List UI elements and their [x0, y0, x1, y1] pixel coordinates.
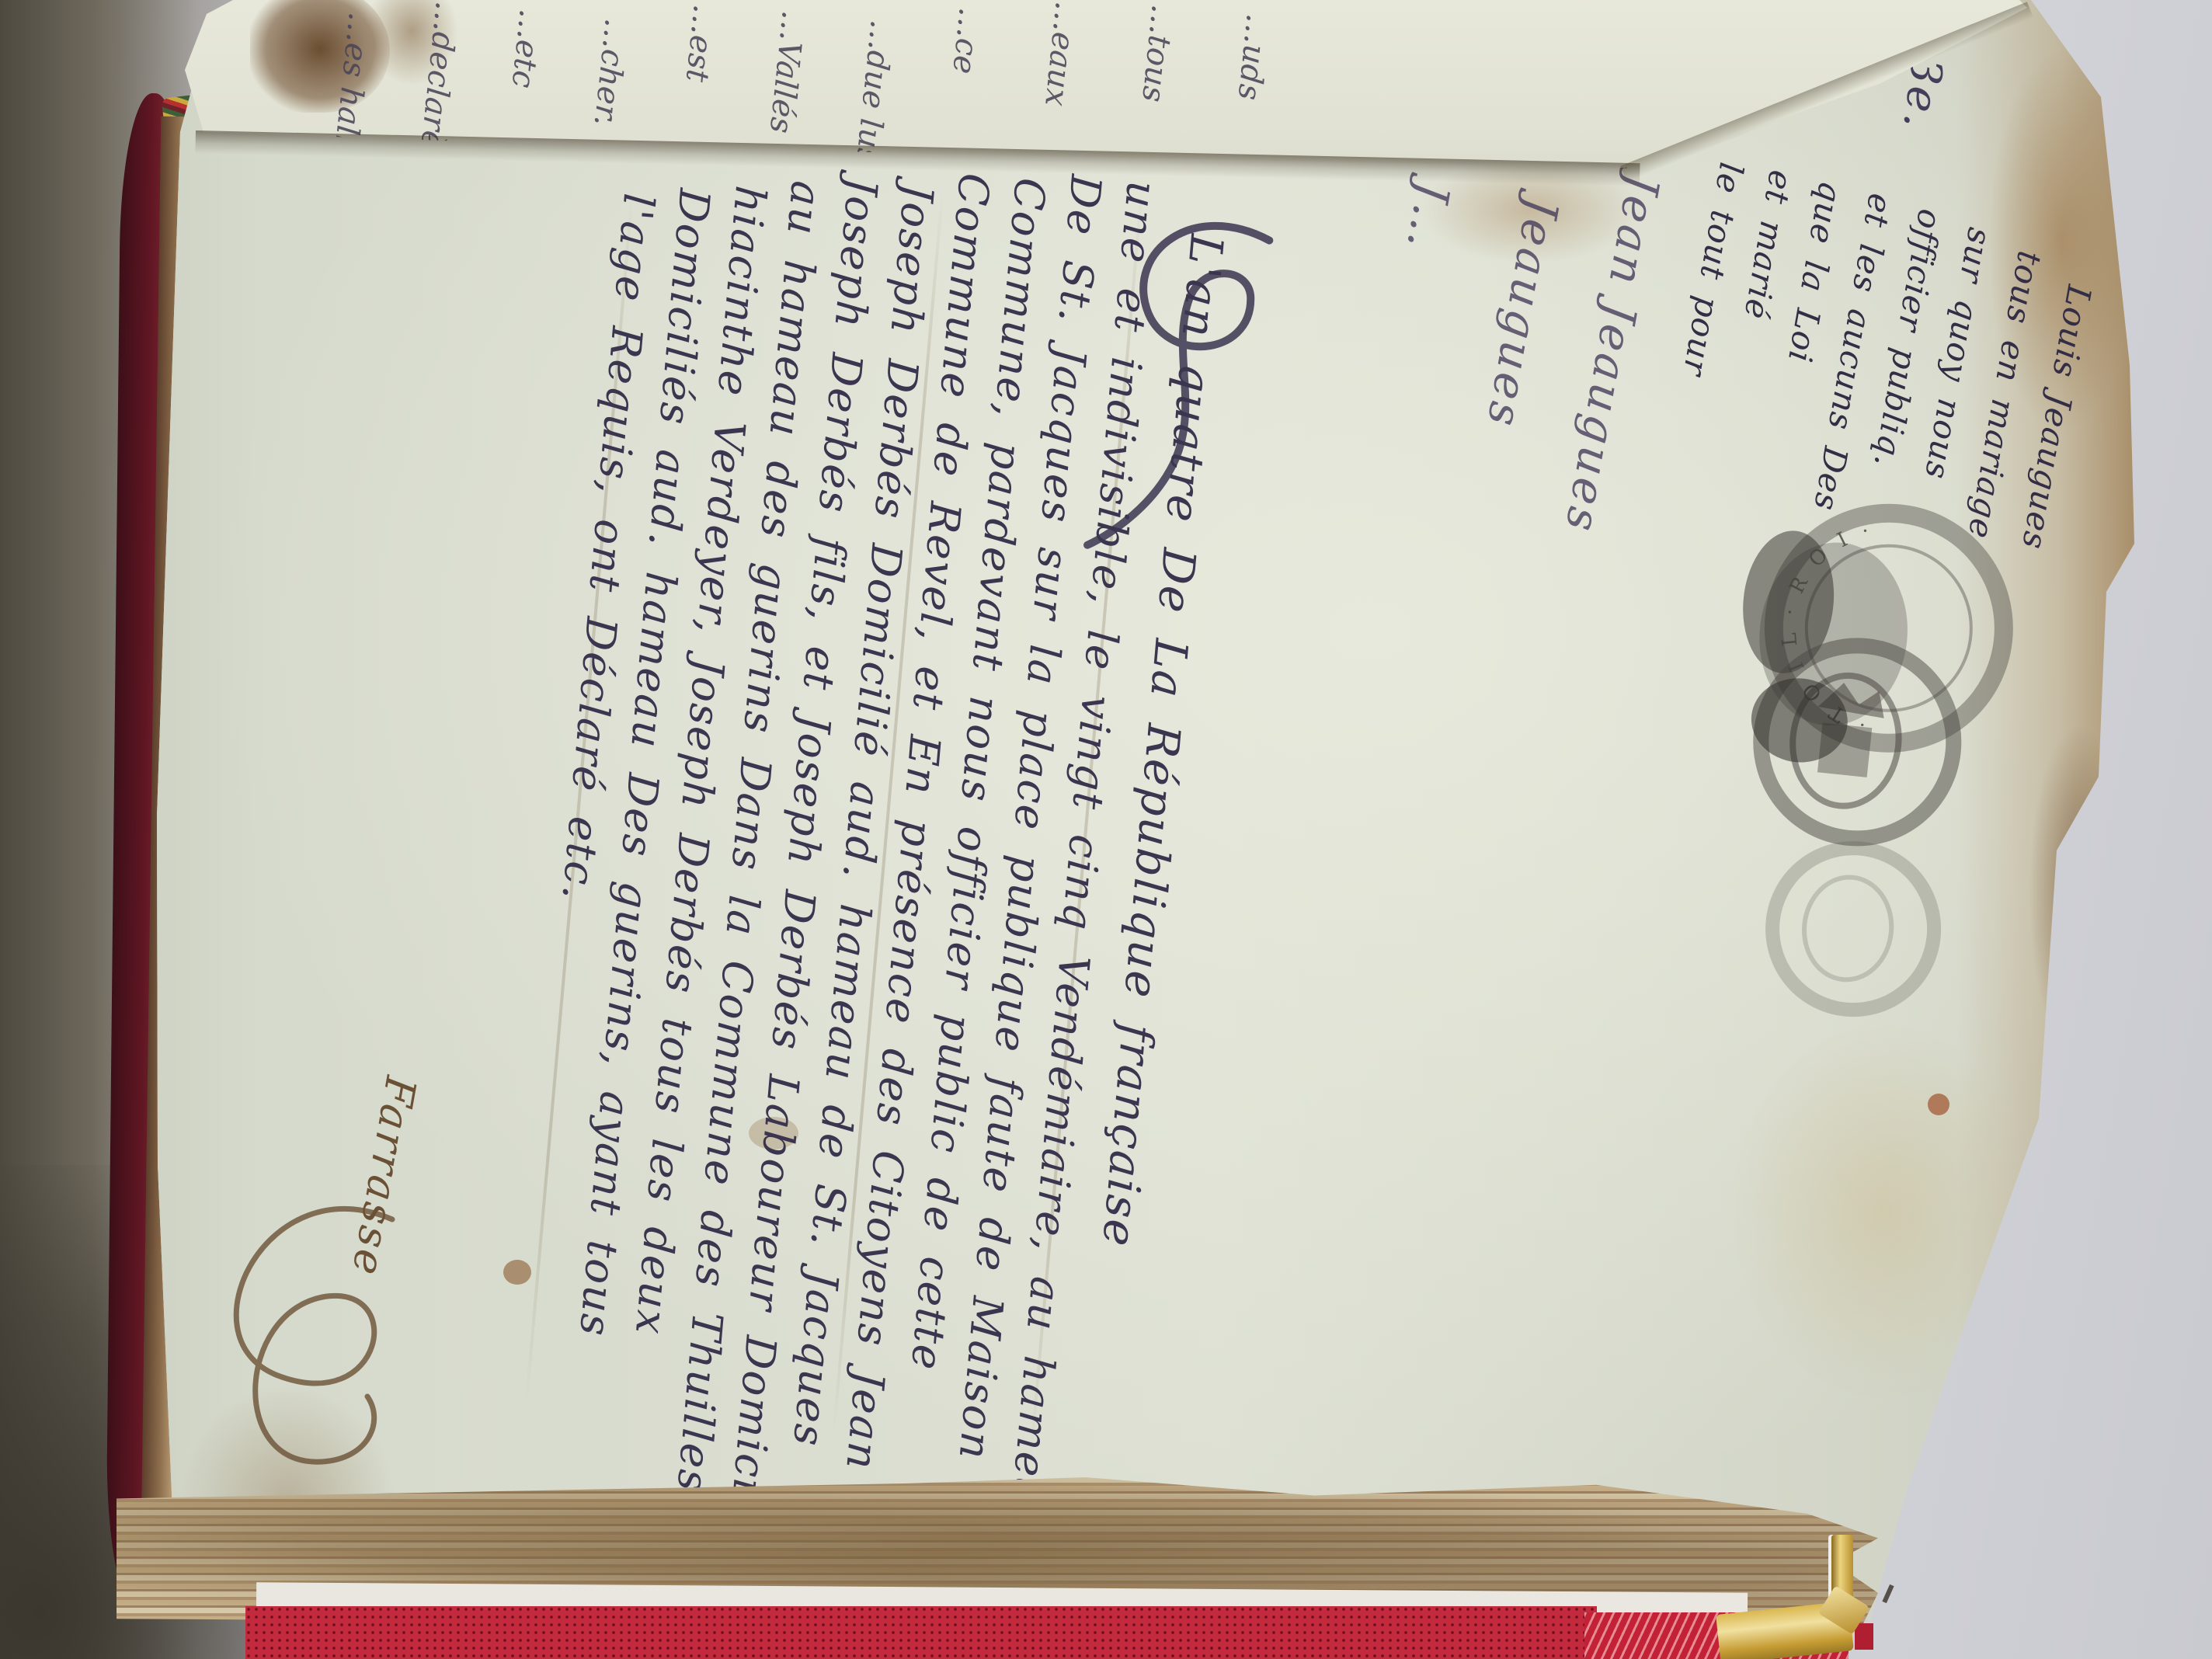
left-page-fragment: …tous — [1135, 2, 1181, 104]
photograph-of-open-register: Page 3e. Louis Jeaugues tous en mariage … — [0, 0, 2212, 1659]
left-page-fragment: …Vallés — [763, 9, 811, 135]
left-page-fragment: …eaux — [1038, 0, 1084, 108]
stamp-faint-ring — [1765, 840, 1942, 1018]
red-cover-bottom — [245, 1606, 1597, 1659]
background-speck — [1882, 1584, 1894, 1603]
left-page-fragment: …due lus — [849, 18, 899, 166]
stamp-faint-oval — [1800, 873, 1897, 984]
left-page-fragment: …est — [679, 2, 722, 84]
stain — [1732, 1025, 2035, 1398]
stain — [1928, 1094, 1949, 1115]
left-page-fragment: …cher. — [587, 16, 634, 127]
left-page-fragment: …ce — [945, 5, 988, 75]
tax-stamp-cluster: · T O I L · R O I · — [1701, 466, 2082, 1041]
left-page-fragment: …uds — [1231, 12, 1275, 102]
closing-line: le tout pour — [1675, 159, 1751, 379]
left-page-fragment: …etc — [505, 7, 548, 89]
page-right: Page 3e. Louis Jeaugues tous en mariage … — [0, 0, 2212, 1659]
stain — [503, 1260, 531, 1285]
red-cover-tip — [1855, 1623, 1873, 1650]
signature-paraph — [206, 1188, 423, 1530]
